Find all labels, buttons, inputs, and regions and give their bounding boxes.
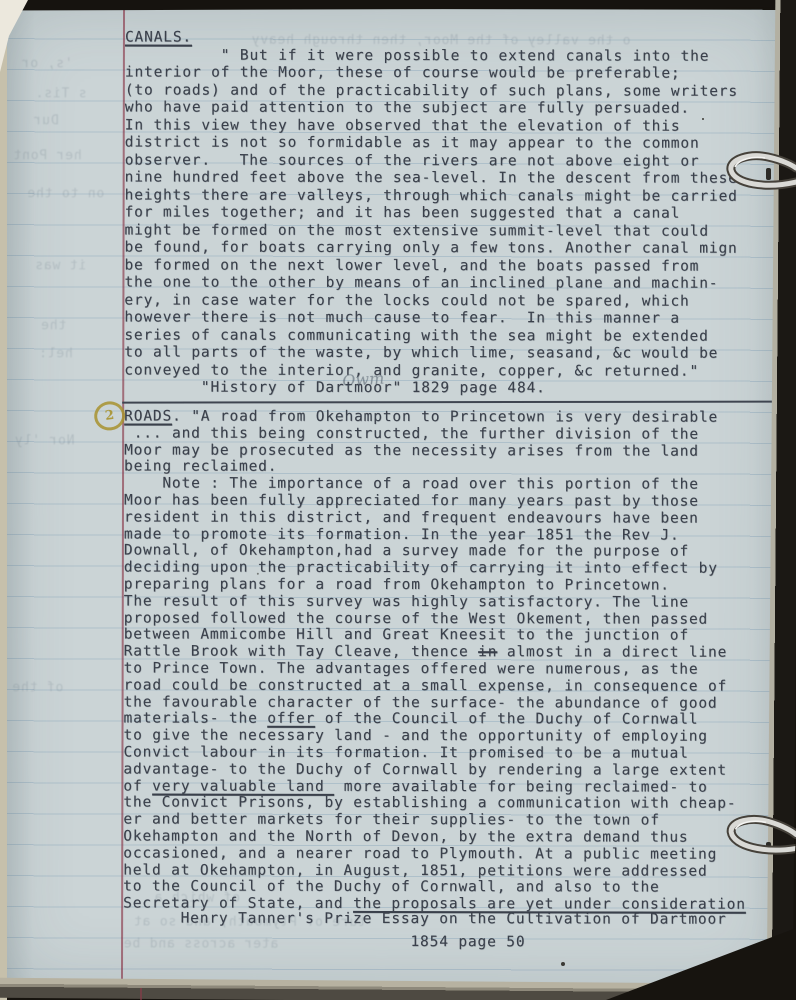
typed-line: er and better markets for their supplies… — [123, 812, 746, 830]
typed-line: be found, for boats carrying only a few … — [125, 239, 738, 258]
margin-mark-glyph: 2 — [104, 408, 115, 424]
typed-line: advantage- to the Duchy of Cornwall by r… — [123, 761, 746, 779]
binder-ring-bottom — [720, 807, 796, 864]
bleedthrough-text: on to the — [27, 186, 105, 201]
typed-line: In this view they have observed that the… — [125, 117, 738, 136]
typed-line: ROADS. "A road from Okehampton to Prince… — [124, 408, 747, 426]
notebook-page: o the valley of the Moor, then through h… — [5, 8, 779, 988]
typed-line: Henry Tanner's Prize Essay on the Cultiv… — [123, 907, 727, 931]
typed-line: Moor may be prosecuted as the necessity … — [124, 442, 747, 460]
typed-line: ery, in case water for the locks could n… — [124, 292, 737, 311]
typed-line: to give the necessary land - and the opp… — [123, 728, 746, 746]
bleedthrough-text: Nor 'ly — [14, 433, 74, 448]
typed-line: ... and this being constructed, the furt… — [124, 425, 747, 443]
typed-line: for miles together; and it has been sugg… — [125, 204, 738, 223]
typed-line: road could be constructed at a small exp… — [124, 677, 747, 695]
footer-attribution: Henry Tanner's Prize Essay on the Cultiv… — [123, 907, 727, 954]
canals-section: CANALS. " But if it were possible to ext… — [124, 29, 738, 398]
typed-line: might be formed on the most extensive su… — [125, 222, 738, 241]
typed-line: observer. The sources of the rivers are … — [125, 152, 738, 171]
bleedthrough-text: hel: — [38, 346, 73, 361]
typed-line: Note : The importance of a road over thi… — [124, 476, 747, 494]
typed-line: proposed followed the course of the West… — [124, 610, 747, 628]
typed-line: the Convict Prisons, by establishing a c… — [123, 795, 746, 813]
typed-line: district is not so formidable as it may … — [125, 134, 738, 153]
typed-line: 1854 page 50 — [123, 930, 727, 954]
bleedthrough-text: Dur — [33, 113, 59, 128]
typed-line: The result of this survey was highly sat… — [124, 593, 747, 611]
bleedthrough-text: it was — [34, 258, 86, 273]
typed-line: held at Okehampton, in August, 1851, pet… — [123, 862, 746, 880]
bleedthrough-text: s Tis. — [35, 86, 87, 101]
typed-line: Moor has been fully appreciated for many… — [124, 492, 747, 510]
typed-line: interior of the Moor, these of course wo… — [125, 64, 738, 83]
typed-line: resident in this district, and frequent … — [124, 509, 747, 527]
typed-line: occasioned, and a nearer road to Plymout… — [123, 845, 746, 863]
typed-line: "History of Dartmoor" 1829 page 484. — [124, 379, 737, 398]
typed-line: conveyed to the interior, and granite, c… — [124, 362, 737, 381]
typed-line: be formed on the next lower level, and t… — [124, 257, 737, 276]
typed-line: " But if it were possible to extend cana… — [125, 47, 738, 66]
typed-line: (to roads) and of the practicability of … — [125, 82, 738, 101]
paper-speck — [702, 118, 704, 120]
typed-line: Okehampton and the North of Devon, by th… — [123, 828, 746, 846]
handwritten-note: Owm — [342, 369, 385, 391]
paper-speck — [561, 962, 565, 966]
binder-ring-top — [722, 146, 796, 198]
typed-line: made to promote its formation. In the ye… — [124, 526, 747, 544]
typed-line: deciding upon the practicability of carr… — [124, 560, 747, 578]
bleedthrough-text: the — [40, 318, 66, 333]
section-divider-rule — [122, 401, 774, 404]
bleedthrough-text: 's, or — [21, 56, 73, 71]
typed-line: materials- the offer of the Council of t… — [124, 711, 747, 729]
typed-line: preparing plans for a road from Okehampt… — [124, 576, 747, 594]
typed-line: Rattle Brook with Tay Cleave, thence in … — [124, 644, 747, 662]
typed-line: between Ammicombe Hill and Great Kneesit… — [124, 627, 747, 645]
typed-line: being reclaimed. — [124, 459, 747, 477]
typed-line: to all parts of the waste, by which lime… — [124, 344, 737, 363]
typed-line: who have paid attention to the subject a… — [125, 99, 738, 118]
paper-speck — [257, 573, 259, 575]
underlying-page-edge-left — [0, 0, 7, 1000]
typed-line: Convict labour in its formation. It prom… — [123, 744, 746, 762]
typed-line: CANALS. — [125, 29, 738, 48]
typed-line: Downall, of Okehampton,had a survey made… — [124, 543, 747, 561]
typed-line: the favourable character of the surface-… — [124, 694, 747, 712]
bleedthrough-text: of the — [12, 680, 64, 695]
typed-line: the one to the other by means of an incl… — [124, 274, 737, 293]
typed-line: to Prince Town. The advantages offered w… — [124, 660, 747, 678]
typed-line: heights there are valleys, through which… — [125, 187, 738, 206]
underlying-page-margin-tick — [140, 988, 142, 1000]
bleedthrough-text: her Pont — [13, 148, 82, 163]
typed-line: however there is not much cause to fear.… — [124, 309, 737, 328]
typed-line: series of canals communicating with the … — [124, 327, 737, 346]
typed-line: of very valuable land more available for… — [123, 778, 746, 796]
typed-line: nine hundred feet above the sea-level. I… — [125, 169, 738, 188]
roads-section: ROADS. "A road from Okehampton to Prince… — [123, 408, 747, 913]
typed-line: to the Council of the Duchy of Cornwall,… — [123, 879, 746, 897]
